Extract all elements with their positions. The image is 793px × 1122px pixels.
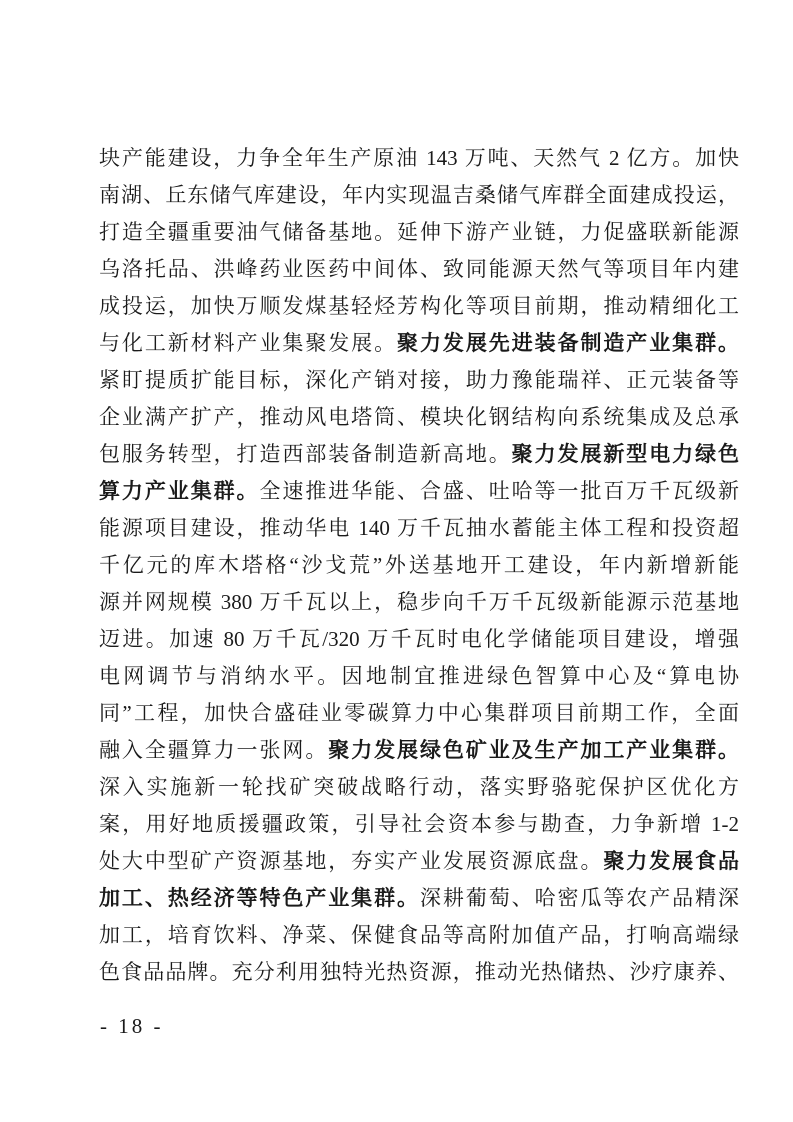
text-line: 算力产业集群。全速推进华能、合盛、吐哈等一批百万千瓦级新	[99, 473, 739, 510]
text-line: 加工、热经济等特色产业集群。深耕葡萄、哈密瓜等农产品精深	[99, 880, 739, 917]
document-page: 块产能建设，力争全年生产原油 143 万吨、天然气 2 亿方。加快南湖、丘东储气…	[0, 0, 793, 1122]
text-run: 企业满产扩产，推动风电塔筒、模块化钢结构向系统集成及总承	[99, 405, 739, 429]
text-line: 千亿元的库木塔格“沙戈荒”外送基地开工建设，年内新增新能	[99, 547, 739, 584]
text-line: 色食品品牌。充分利用独特光热资源，推动光热储热、沙疗康养、	[99, 954, 739, 991]
text-run: 色食品品牌。充分利用独特光热资源，推动光热储热、沙疗康养、	[99, 960, 739, 984]
text-run: 块产能建设，力争全年生产原油 143 万吨、天然气 2 亿方。加快	[99, 146, 739, 170]
text-run: 紧盯提质扩能目标，深化产销对接，助力豫能瑞祥、正元装备等	[99, 368, 739, 392]
text-run: 案，用好地质援疆政策，引导社会资本参与勘查，力争新增 1-2	[99, 812, 739, 836]
text-line: 能源项目建设，推动华电 140 万千瓦抽水蓄能主体工程和投资超	[99, 510, 739, 547]
text-line: 南湖、丘东储气库建设，年内实现温吉桑储气库群全面建成投运，	[99, 177, 739, 214]
text-run: 深耕葡萄、哈密瓜等农产品精深	[420, 886, 739, 910]
text-line: 包服务转型，打造西部装备制造新高地。聚力发展新型电力绿色	[99, 436, 739, 473]
text-run: 成投运，加快万顺发煤基轻烃芳构化等项目前期，推动精细化工	[99, 294, 739, 318]
text-line: 融入全疆算力一张网。聚力发展绿色矿业及生产加工产业集群。	[99, 732, 739, 769]
text-run: 能源项目建设，推动华电 140 万千瓦抽水蓄能主体工程和投资超	[99, 516, 739, 540]
text-line: 加工，培育饮料、净菜、保健食品等高附加值产品，打响高端绿	[99, 917, 739, 954]
document-text-block: 块产能建设，力争全年生产原油 143 万吨、天然气 2 亿方。加快南湖、丘东储气…	[99, 140, 739, 991]
text-line: 乌洛托品、洪峰药业医药中间体、致同能源天然气等项目年内建	[99, 251, 739, 288]
text-run: 处大中型矿产资源基地，夯实产业发展资源底盘。	[99, 849, 603, 873]
text-run: 同”工程，加快合盛硅业零碳算力中心集群项目前期工作，全面	[99, 701, 739, 725]
text-line: 迈进。加速 80 万千瓦/320 万千瓦时电化学储能项目建设，增强	[99, 621, 739, 658]
text-run: 乌洛托品、洪峰药业医药中间体、致同能源天然气等项目年内建	[99, 257, 739, 281]
text-run: 南湖、丘东储气库建设，年内实现温吉桑储气库群全面建成投运，	[99, 183, 739, 207]
text-run: 加工，培育饮料、净菜、保健食品等高附加值产品，打响高端绿	[99, 923, 739, 947]
emphasis-run: 聚力发展先进装备制造产业集群。	[397, 331, 739, 355]
page-number: - 18 -	[100, 1012, 164, 1040]
emphasis-run: 算力产业集群。	[99, 479, 259, 503]
text-line: 深入实施新一轮找矿突破战略行动，落实野骆驼保护区优化方	[99, 769, 739, 806]
emphasis-run: 加工、热经济等特色产业集群。	[99, 886, 420, 910]
text-run: 千亿元的库木塔格“沙戈荒”外送基地开工建设，年内新增新能	[99, 553, 739, 577]
text-line: 案，用好地质援疆政策，引导社会资本参与勘查，力争新增 1-2	[99, 806, 739, 843]
emphasis-run: 聚力发展绿色矿业及生产加工产业集群。	[328, 738, 739, 762]
text-line: 企业满产扩产，推动风电塔筒、模块化钢结构向系统集成及总承	[99, 399, 739, 436]
text-line: 打造全疆重要油气储备基地。延伸下游产业链，力促盛联新能源	[99, 214, 739, 251]
text-run: 与化工新材料产业集聚发展。	[99, 331, 397, 355]
text-line: 与化工新材料产业集聚发展。聚力发展先进装备制造产业集群。	[99, 325, 739, 362]
emphasis-run: 聚力发展食品	[603, 849, 739, 873]
text-run: 源并网规模 380 万千瓦以上，稳步向千万千瓦级新能源示范基地	[99, 590, 739, 614]
text-line: 成投运，加快万顺发煤基轻烃芳构化等项目前期，推动精细化工	[99, 288, 739, 325]
text-run: 深入实施新一轮找矿突破战略行动，落实野骆驼保护区优化方	[99, 775, 739, 799]
text-run: 电网调节与消纳水平。因地制宜推进绿色智算中心及“算电协	[99, 664, 739, 688]
text-run: 全速推进华能、合盛、吐哈等一批百万千瓦级新	[259, 479, 739, 503]
text-line: 同”工程，加快合盛硅业零碳算力中心集群项目前期工作，全面	[99, 695, 739, 732]
text-run: 包服务转型，打造西部装备制造新高地。	[99, 442, 512, 466]
emphasis-run: 聚力发展新型电力绿色	[512, 442, 739, 466]
text-line: 块产能建设，力争全年生产原油 143 万吨、天然气 2 亿方。加快	[99, 140, 739, 177]
text-line: 源并网规模 380 万千瓦以上，稳步向千万千瓦级新能源示范基地	[99, 584, 739, 621]
text-line: 处大中型矿产资源基地，夯实产业发展资源底盘。聚力发展食品	[99, 843, 739, 880]
text-line: 紧盯提质扩能目标，深化产销对接，助力豫能瑞祥、正元装备等	[99, 362, 739, 399]
text-run: 迈进。加速 80 万千瓦/320 万千瓦时电化学储能项目建设，增强	[99, 627, 739, 651]
text-line: 电网调节与消纳水平。因地制宜推进绿色智算中心及“算电协	[99, 658, 739, 695]
text-run: 打造全疆重要油气储备基地。延伸下游产业链，力促盛联新能源	[99, 220, 739, 244]
text-run: 融入全疆算力一张网。	[99, 738, 328, 762]
